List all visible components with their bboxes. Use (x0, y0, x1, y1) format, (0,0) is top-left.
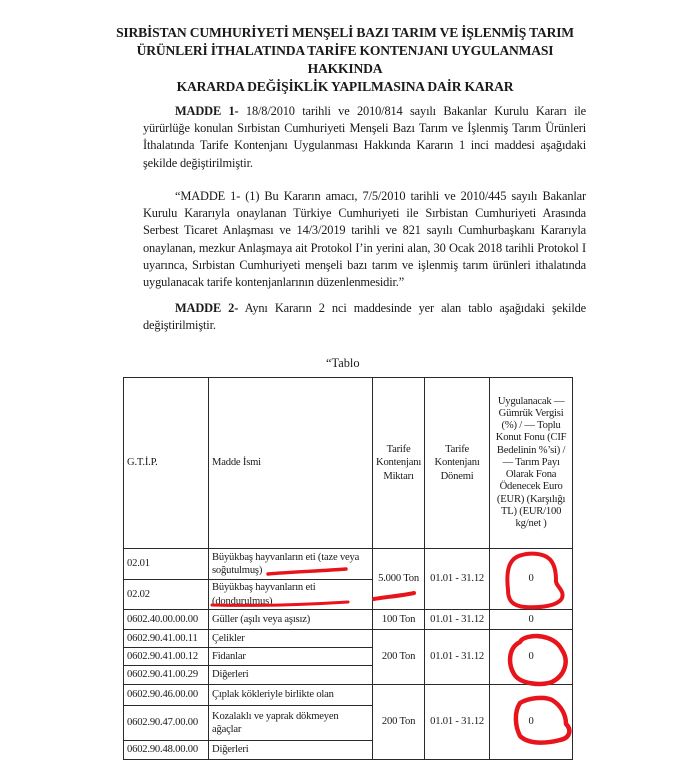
miktar-cell: 200 Ton (373, 630, 425, 685)
name-cell: Diğerleri (209, 666, 373, 685)
table-row: 02.01 Büyükbaş hayvanların eti (taze vey… (124, 549, 573, 580)
miktar-cell: 200 Ton (373, 685, 425, 760)
donem-cell: 01.01 - 31.12 (425, 685, 490, 760)
tariff-quota-table: G.T.İ.P. Madde İsmi Tarife Kontenjanı Mi… (123, 377, 573, 760)
header-miktar: Tarife Kontenjanı Miktarı (373, 378, 425, 549)
name-cell: Büyükbaş hayvanların eti (dondurulmuş) (209, 580, 373, 610)
miktar-cell: 5.000 Ton (373, 549, 425, 610)
gtip-cell: 02.02 (124, 580, 209, 610)
table-row: 0602.90.46.00.00 Çıplak kökleriyle birli… (124, 685, 573, 706)
table-caption: “Tablo (326, 356, 360, 371)
vergi-cell: 0 (490, 685, 573, 760)
header-madde-ismi: Madde İsmi (209, 378, 373, 549)
gtip-cell: 0602.90.41.00.11 (124, 630, 209, 648)
name-cell: Kozalaklı ve yaprak dökmeyen ağaçlar (209, 706, 373, 741)
gtip-cell: 0602.90.47.00.00 (124, 706, 209, 741)
table-row: 0602.90.41.00.11 Çelikler 200 Ton 01.01 … (124, 630, 573, 648)
donem-cell: 01.01 - 31.12 (425, 610, 490, 630)
title-line-3: KARARDA DEĞİŞİKLİK YAPILMASINA DAİR KARA… (110, 78, 580, 96)
title-line-1: SIRBİSTAN CUMHURİYETİ MENŞELİ BAZI TARIM… (110, 24, 580, 42)
document-title: SIRBİSTAN CUMHURİYETİ MENŞELİ BAZI TARIM… (110, 24, 580, 96)
gtip-cell: 0602.90.46.00.00 (124, 685, 209, 706)
gtip-cell: 02.01 (124, 549, 209, 580)
madde-1-paragraph: MADDE 1- 18/8/2010 tarihli ve 2010/814 s… (143, 103, 586, 172)
table-row: 0602.40.00.00.00 Güller (aşılı veya aşıs… (124, 610, 573, 630)
header-gtip: G.T.İ.P. (124, 378, 209, 549)
donem-cell: 01.01 - 31.12 (425, 549, 490, 610)
header-vergi: Uygulanacak — Gümrük Vergisi (%) / — Top… (490, 378, 573, 549)
table-header-row: G.T.İ.P. Madde İsmi Tarife Kontenjanı Mi… (124, 378, 573, 549)
donem-cell: 01.01 - 31.12 (425, 630, 490, 685)
vergi-cell: 0 (490, 630, 573, 685)
madde-2-paragraph: MADDE 2- Aynı Kararın 2 nci maddesinde y… (143, 300, 586, 334)
gtip-cell: 0602.40.00.00.00 (124, 610, 209, 630)
name-cell: Güller (aşılı veya aşısız) (209, 610, 373, 630)
name-cell: Fidanlar (209, 648, 373, 666)
gtip-cell: 0602.90.48.00.00 (124, 741, 209, 760)
name-cell: Çıplak kökleriyle birlikte olan (209, 685, 373, 706)
header-vergi-text: Uygulanacak — Gümrük Vergisi (%) / — Top… (493, 396, 569, 530)
madde-1-quote-text: “MADDE 1- (1) Bu Kararın amacı, 7/5/2010… (143, 189, 586, 289)
miktar-cell: 100 Ton (373, 610, 425, 630)
name-cell: Büyükbaş hayvanların eti (taze veya soğu… (209, 549, 373, 580)
name-cell: Çelikler (209, 630, 373, 648)
gtip-cell: 0602.90.41.00.12 (124, 648, 209, 666)
madde-2-label: MADDE 2- (175, 301, 238, 315)
header-donem: Tarife Kontenjanı Dönemi (425, 378, 490, 549)
madde-1-quote-paragraph: “MADDE 1- (1) Bu Kararın amacı, 7/5/2010… (143, 188, 586, 291)
vergi-cell: 0 (490, 549, 573, 610)
vergi-cell: 0 (490, 610, 573, 630)
madde-1-label: MADDE 1- (175, 104, 239, 118)
title-line-2: ÜRÜNLERİ İTHALATINDA TARİFE KONTENJANI U… (110, 42, 580, 78)
gtip-cell: 0602.90.41.00.29 (124, 666, 209, 685)
name-cell: Diğerleri (209, 741, 373, 760)
